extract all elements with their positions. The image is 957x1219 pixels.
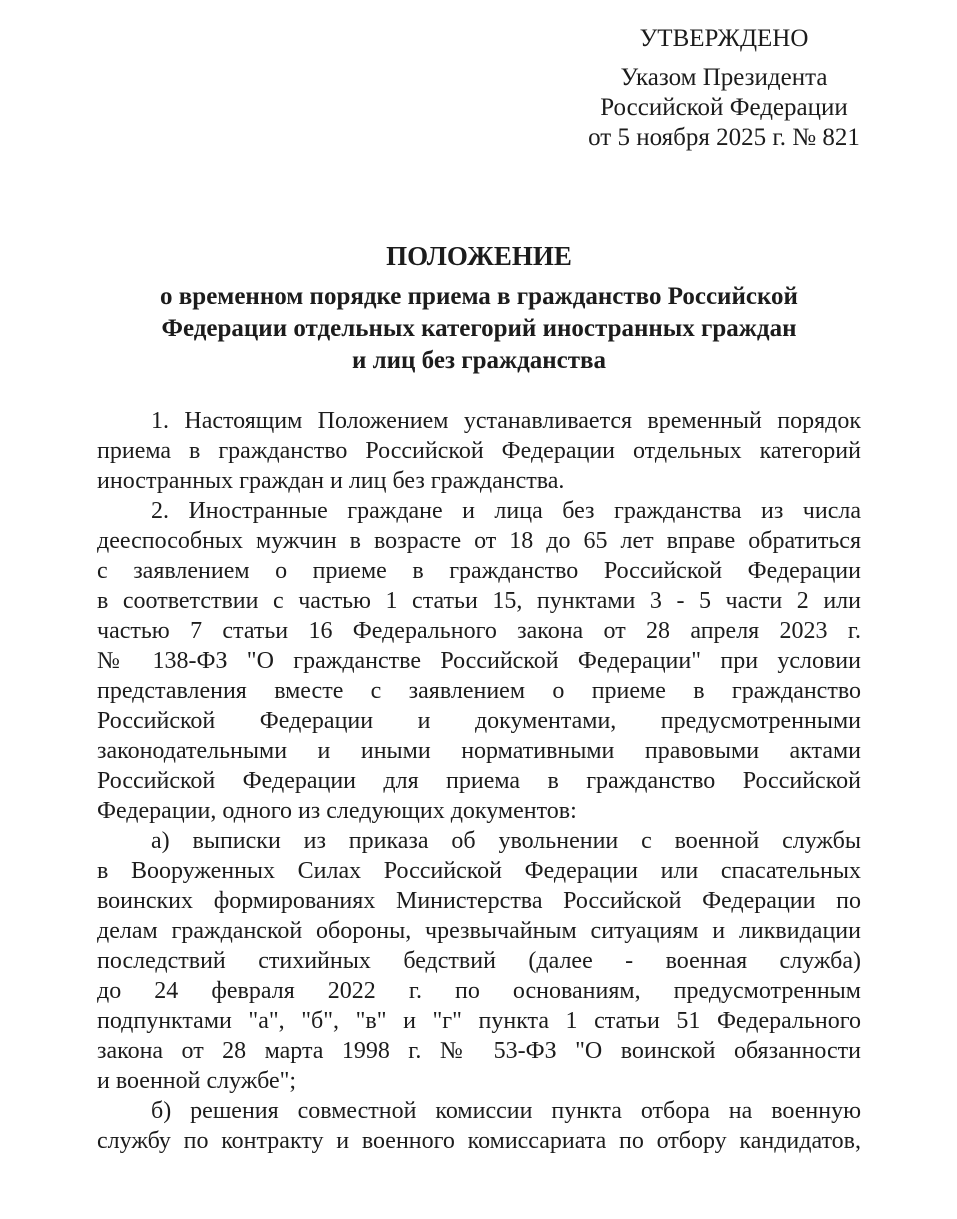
body-line: дееспособных мужчин в возрасте от 18 до … (97, 526, 861, 556)
body-line: законодательными и иными нормативными пр… (97, 736, 861, 766)
approval-authority-line: Указом Президента (578, 63, 870, 93)
body-line: 2. Иностранные граждане и лица без гражд… (97, 496, 861, 526)
body-line: закона от 28 марта 1998 г. № 53-ФЗ "О во… (97, 1036, 861, 1066)
body-line: службу по контракту и военного комиссари… (97, 1126, 861, 1156)
document-body: 1. Настоящим Положением устанавливается … (0, 406, 861, 1156)
body-line: б) решения совместной комиссии пункта от… (97, 1096, 861, 1126)
body-line: Российской Федерации и документами, пред… (97, 706, 861, 736)
body-line: приема в гражданство Российской Федераци… (97, 436, 861, 466)
subtitle-line: о временном порядке приема в гражданство… (97, 281, 861, 313)
document-page: УТВЕРЖДЕНО Указом Президента Российской … (0, 0, 957, 1219)
body-line: частью 7 статьи 16 Федерального закона о… (97, 616, 861, 646)
body-line: последствий стихийных бедствий (далее - … (97, 946, 861, 976)
body-line: представления вместе с заявлением о прие… (97, 676, 861, 706)
body-line: делам гражданской обороны, чрезвычайным … (97, 916, 861, 946)
body-line: иностранных граждан и лиц без гражданств… (97, 466, 861, 496)
subtitle-line: Федерации отдельных категорий иностранны… (97, 313, 861, 345)
paragraph: 2. Иностранные граждане и лица без гражд… (97, 496, 861, 826)
paragraph: а) выписки из приказа об увольнении с во… (97, 826, 861, 1096)
body-line: и военной службе"; (97, 1066, 861, 1096)
body-line: Российской Федерации для приема в гражда… (97, 766, 861, 796)
approval-date-number: от 5 ноября 2025 г. № 821 (578, 123, 870, 153)
document-subtitle: о временном порядке приема в гражданство… (0, 281, 957, 377)
body-line: с заявлением о приеме в гражданство Росс… (97, 556, 861, 586)
paragraph: б) решения совместной комиссии пункта от… (97, 1096, 861, 1156)
body-line: до 24 февраля 2022 г. по основаниям, пре… (97, 976, 861, 1006)
subtitle-line: и лиц без гражданства (97, 345, 861, 377)
body-line: а) выписки из приказа об увольнении с во… (97, 826, 861, 856)
approval-authority-line: Российской Федерации (578, 93, 870, 123)
body-line: подпунктами "а", "б", "в" и "г" пункта 1… (97, 1006, 861, 1036)
body-line: воинских формированиях Министерства Росс… (97, 886, 861, 916)
body-line: № 138-ФЗ "О гражданстве Российской Федер… (97, 646, 861, 676)
body-line: 1. Настоящим Положением устанавливается … (97, 406, 861, 436)
body-line: в соответствии с частью 1 статьи 15, пун… (97, 586, 861, 616)
document-title: ПОЛОЖЕНИЕ (0, 239, 957, 273)
paragraph: 1. Настоящим Положением устанавливается … (97, 406, 861, 496)
approval-block: УТВЕРЖДЕНО Указом Президента Российской … (578, 24, 870, 153)
body-line: Федерации, одного из следующих документо… (97, 796, 861, 826)
body-line: в Вооруженных Силах Российской Федерации… (97, 856, 861, 886)
approval-stamp: УТВЕРЖДЕНО (578, 24, 870, 54)
